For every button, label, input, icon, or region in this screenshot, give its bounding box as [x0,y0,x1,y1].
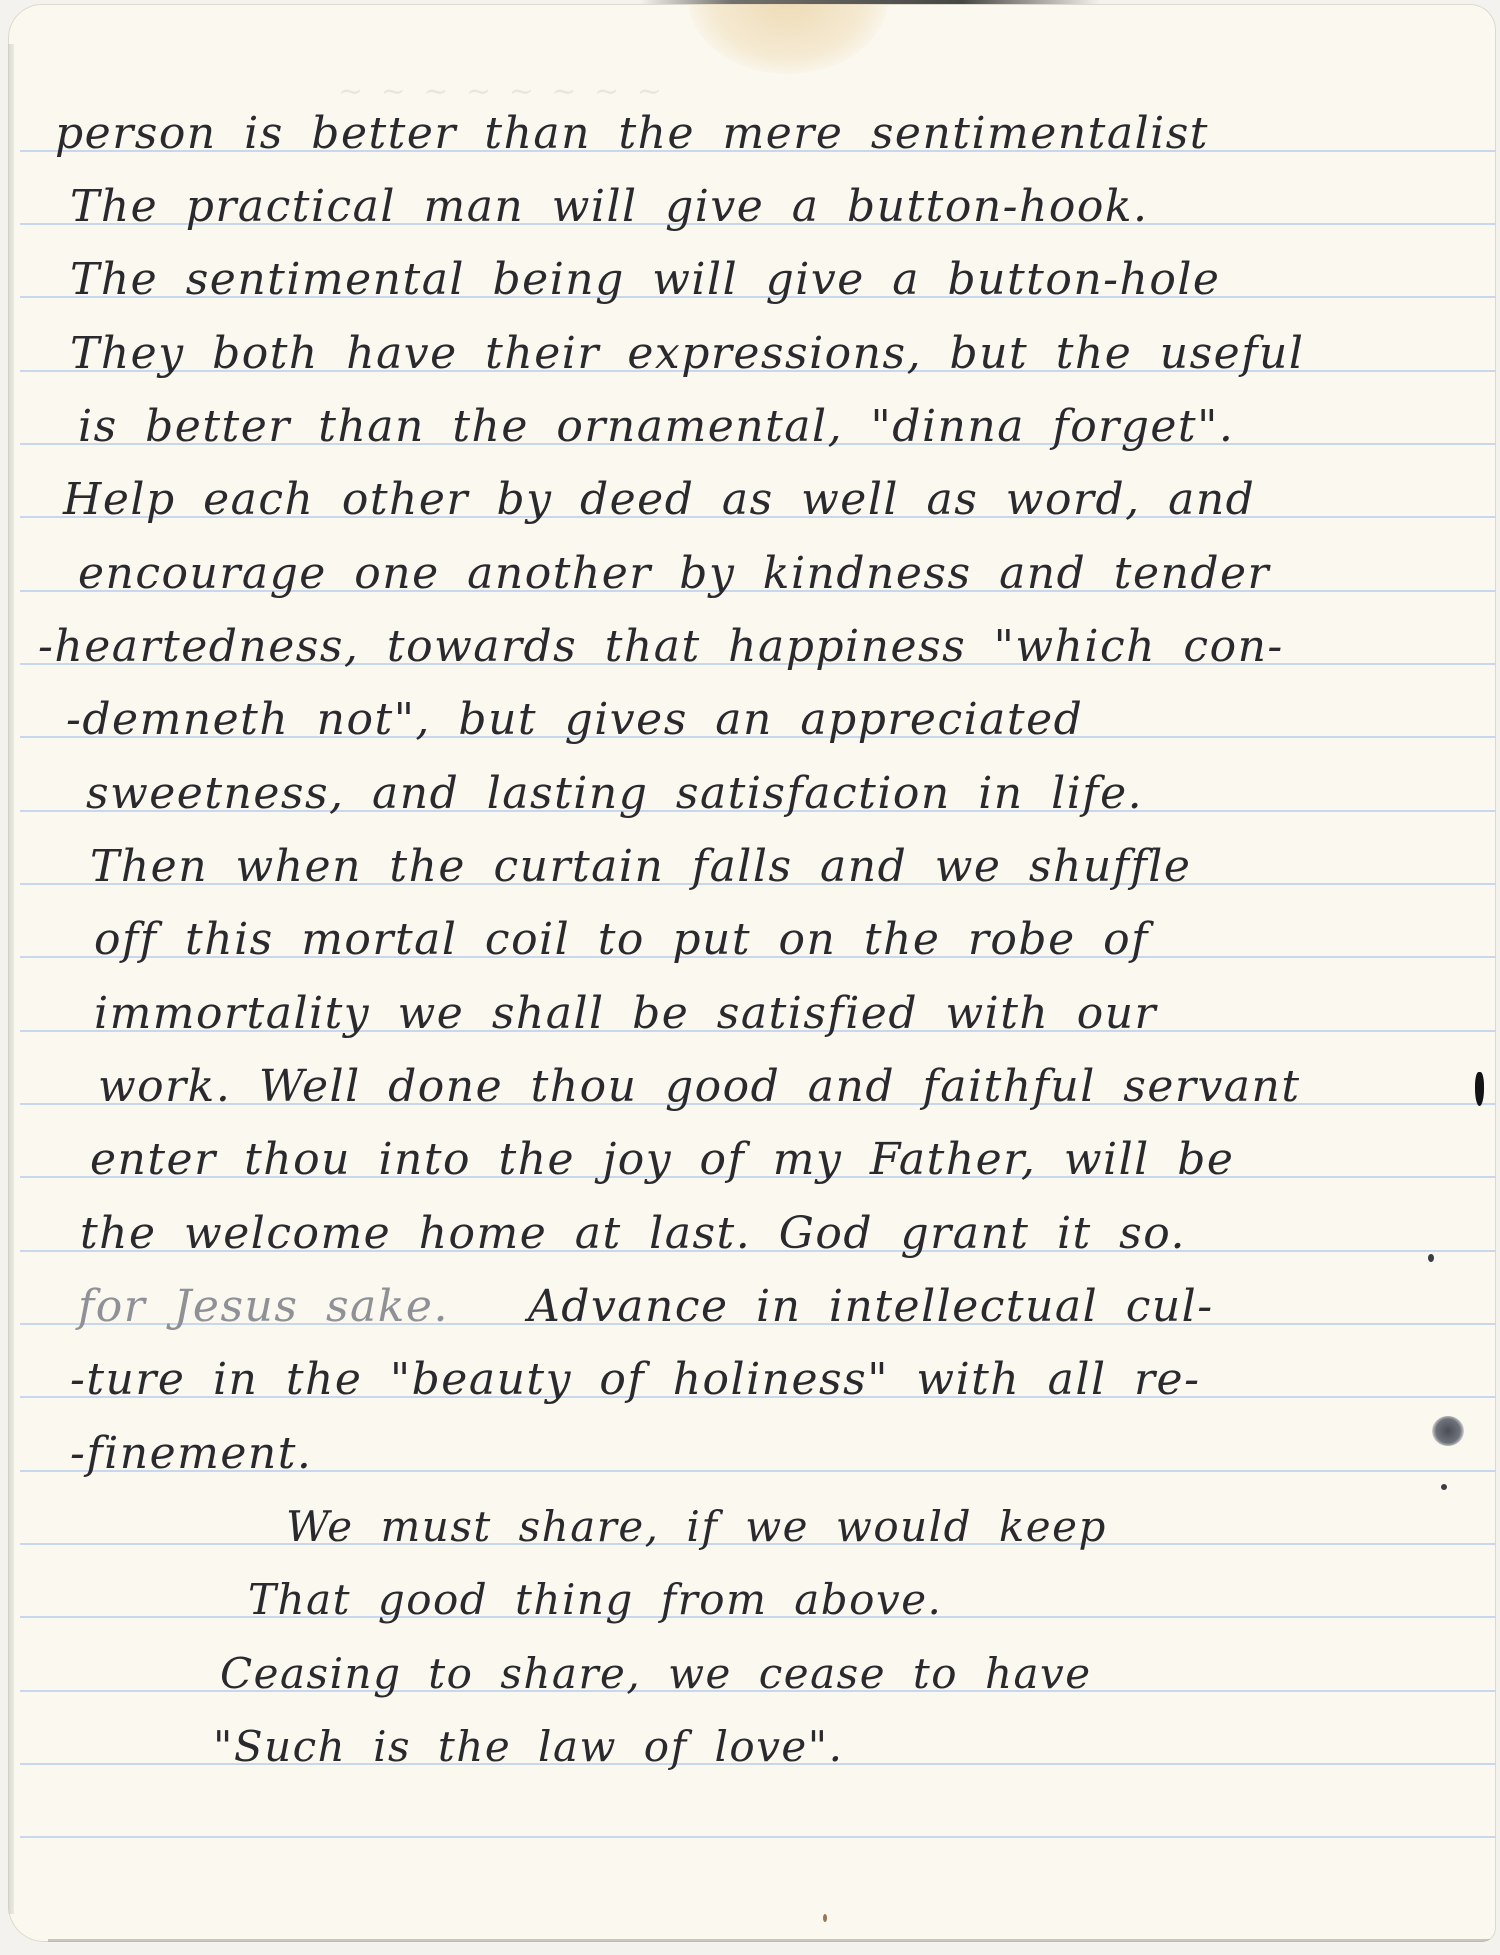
ink-blot [1432,1416,1464,1446]
page-bottom-edge [48,1939,1496,1942]
verse-line: We must share, if we would keep [286,1497,1107,1557]
ink-speck [1428,1254,1434,1262]
handwritten-line: person is better than the mere sentiment… [55,104,1209,164]
handwritten-line: Help each other by deed as well as word,… [63,470,1255,530]
handwritten-line: the welcome home at last. God grant it s… [80,1204,1186,1264]
verse-line: That good thing from above. [248,1570,942,1630]
handwritten-line-faded: for Jesus sake. [78,1277,449,1337]
handwritten-line: Then when the curtain falls and we shuff… [90,837,1191,897]
handwritten-line: The sentimental being will give a button… [70,250,1220,310]
handwritten-line: work. Well done thou good and faithful s… [98,1057,1301,1117]
handwritten-line: enter thou into the joy of my Father, wi… [90,1130,1234,1190]
handwritten-line: -heartedness, towards that happiness "wh… [38,617,1284,677]
handwritten-line: The practical man will give a button-hoo… [70,177,1149,237]
ink-blot-mark [1475,1072,1484,1106]
handwritten-line: -ture in the "beauty of holiness" with a… [70,1350,1200,1410]
handwritten-line: immortality we shall be satisfied with o… [94,984,1157,1044]
handwritten-line: Advance in intellectual cul- [528,1277,1214,1337]
ruled-line [20,1836,1496,1838]
handwritten-line: encourage one another by kindness and te… [78,544,1270,604]
handwritten-line: -demneth not", but gives an appreciated [66,690,1083,750]
handwritten-line: -finement. [70,1424,312,1484]
verse-line: Ceasing to share, we cease to have [220,1644,1092,1704]
handwritten-line: They both have their expressions, but th… [70,324,1304,384]
stain-mark [688,4,888,74]
paper-speck [823,1914,827,1922]
handwritten-line: sweetness, and lasting satisfaction in l… [86,764,1143,824]
ink-speck [1441,1484,1447,1490]
notebook-page: ~ ~ ~ ~ ~ ~ ~ ~ person is better than th… [8,4,1496,1942]
handwritten-line: off this mortal coil to put on the robe … [94,910,1149,970]
page-left-edge [8,44,14,1914]
verse-line: "Such is the law of love". [213,1717,843,1777]
handwritten-line: is better than the ornamental, "dinna fo… [78,397,1234,457]
